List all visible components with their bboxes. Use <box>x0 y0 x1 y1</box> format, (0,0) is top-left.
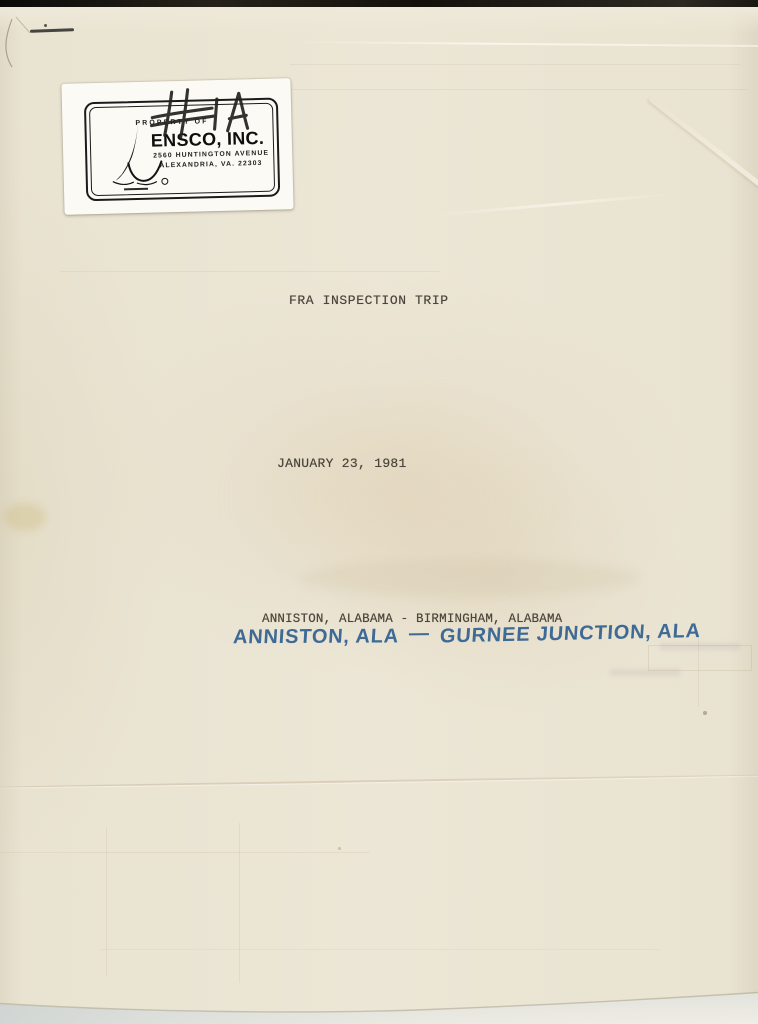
scan-edge-top <box>0 0 758 7</box>
ghost-line <box>0 852 370 853</box>
route-handwritten-from: ANNISTON, ALA <box>232 625 399 649</box>
route-handwritten: ANNISTON, ALA—GURNEE JUNCTION, ALA <box>233 621 701 650</box>
handwritten-id-mark <box>61 78 293 215</box>
ghost-text-smudge <box>610 669 680 676</box>
paper-sheet: PROPERTY OF ENSCO, INC. 2560 HUNTINGTON … <box>0 6 758 1024</box>
scan-edge-bottom <box>0 988 758 1024</box>
speck <box>703 711 707 715</box>
document-title: FRA INSPECTION TRIP <box>289 293 449 308</box>
ghost-line <box>60 271 440 272</box>
ghost-line <box>239 823 240 983</box>
ensco-property-sticker: PROPERTY OF ENSCO, INC. 2560 HUNTINGTON … <box>61 78 293 215</box>
crease-artifact <box>0 774 758 788</box>
route-handwritten-dash: — <box>409 622 430 645</box>
stain-artifact <box>4 503 46 531</box>
route-handwritten-to: GURNEE JUNCTION, ALA <box>439 620 702 648</box>
ghost-line <box>100 949 660 950</box>
speck <box>338 847 341 850</box>
stain-artifact <box>300 559 640 597</box>
ghost-line <box>106 827 107 977</box>
crease-artifact <box>430 192 679 217</box>
scanned-document-page: PROPERTY OF ENSCO, INC. 2560 HUNTINGTON … <box>0 0 758 1024</box>
pencil-mark <box>0 15 70 85</box>
ghost-line <box>290 64 740 65</box>
document-date: JANUARY 23, 1981 <box>277 456 407 471</box>
crease-artifact <box>290 41 758 47</box>
crease-artifact <box>648 96 758 223</box>
stain-artifact <box>210 367 590 627</box>
